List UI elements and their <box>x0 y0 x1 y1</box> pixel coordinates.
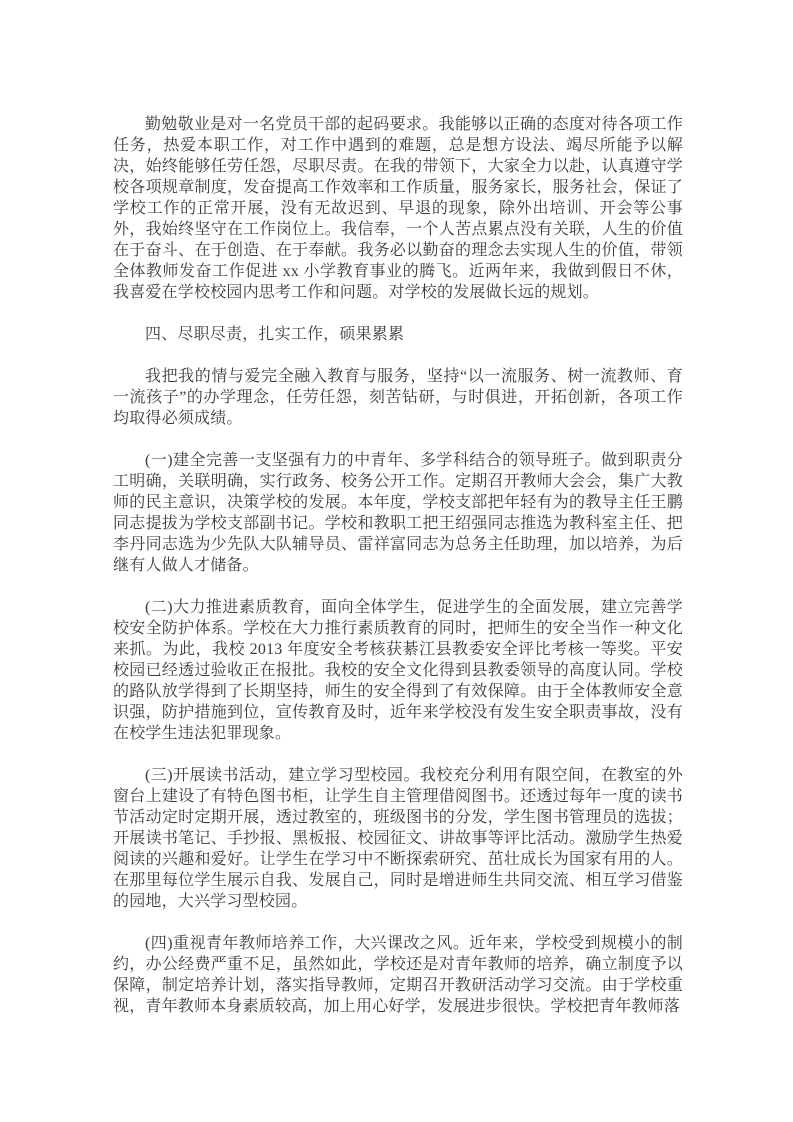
item-1-leadership-team-paragraph: (一)建全完善一支坚强有力的中青年、多学科结合的领导班子。做到职责分工明确，关联… <box>113 450 683 576</box>
item-3-reading-campus-paragraph: (三)开展读书活动，建立学习型校园。我校充分利用有限空间，在教室的外窗台上建设了… <box>113 765 683 912</box>
item-2-safety-education-paragraph: (二)大力推进素质教育，面向全体学生，促进学生的全面发展，建立完善学校安全防护体… <box>113 597 683 744</box>
section-4-heading: 四、尽职尽责，扎实工作，硕果累累 <box>113 324 683 345</box>
document-page: 勤勉敬业是对一名党员干部的起码要求。我能够以正确的态度对待各项工作任务，热爱本职… <box>113 114 683 1017</box>
paragraph-diligence-dedication: 勤勉敬业是对一名党员干部的起码要求。我能够以正确的态度对待各项工作任务，热爱本职… <box>113 114 683 303</box>
item-4-young-teachers-paragraph: (四)重视青年教师培养工作，大兴课改之风。近年来，学校受到规模小的制约，办公经费… <box>113 933 683 1017</box>
section-4-intro-paragraph: 我把我的情与爱完全融入教育与服务，坚持“以一流服务、树一流教师、育一流孩子”的办… <box>113 366 683 429</box>
